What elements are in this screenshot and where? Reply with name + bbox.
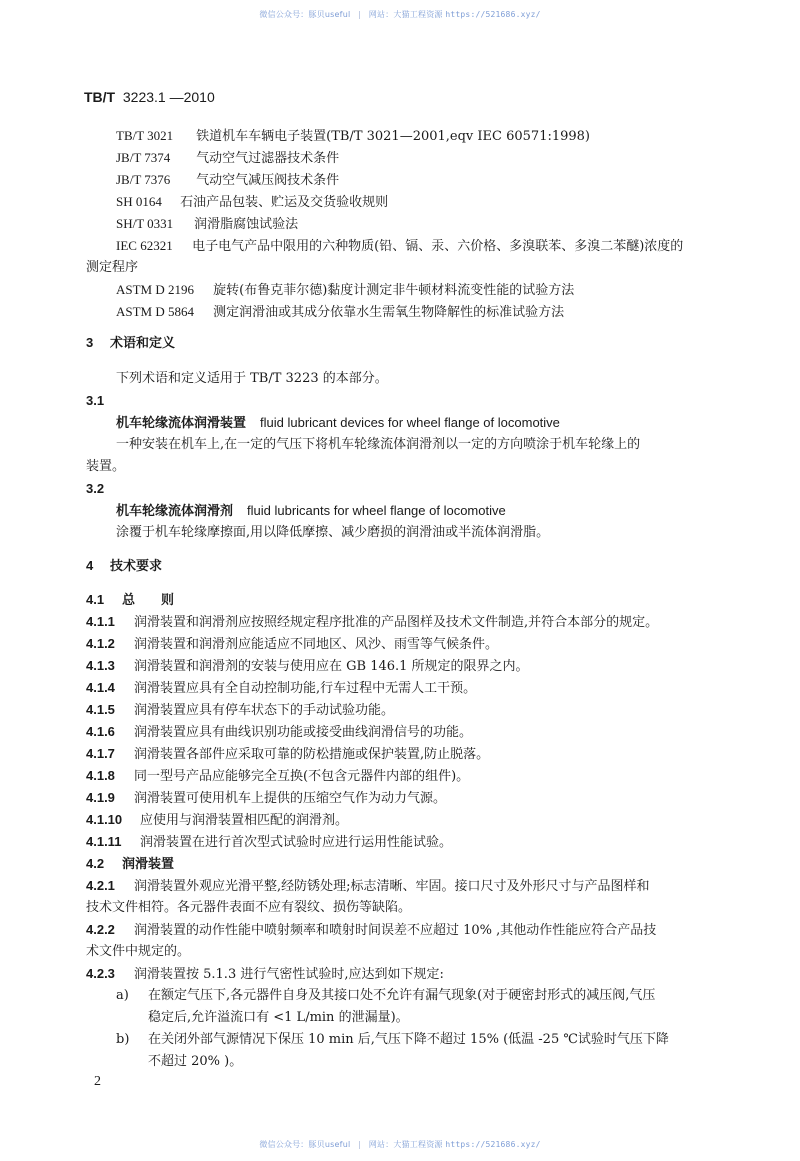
- list-item-label: a): [116, 986, 148, 1006]
- clause-text: 润滑装置和润滑剂应按照经规定程序批准的产品图样及技术文件制造,并符合本部分的规定…: [134, 615, 658, 630]
- watermark-bottom: 微信公众号：豚贝useful | 网站：大猫工程资源 https://52168…: [0, 1139, 800, 1150]
- clause-number: 4.1.1: [86, 612, 134, 632]
- reference-title: 气动空气减压阀技术条件: [196, 173, 339, 188]
- clause: 4.1.9润滑装置可使用机车上提供的压缩空气作为动力气源。: [86, 788, 446, 809]
- watermark-wechat: 微信公众号：豚贝useful: [259, 1140, 350, 1149]
- section-intro: 下列术语和定义适用于 TB/T 3223 的本部分。: [116, 369, 388, 389]
- clause-number: 4.1.9: [86, 788, 134, 808]
- reference-title: 石油产品包装、贮运及交货验收规则: [180, 195, 388, 210]
- standard-number: 3223.1 —2010: [123, 89, 215, 105]
- term-english: fluid lubricant devices for wheel flange…: [260, 415, 560, 430]
- clause-number: 4.1.2: [86, 634, 134, 654]
- reference-code: ASTM D 5864: [116, 302, 209, 322]
- term-entry: 机车轮缘流体润滑装置fluid lubricant devices for wh…: [116, 413, 560, 434]
- clause-number: 4.1.5: [86, 700, 134, 720]
- clause: 4.1.8同一型号产品应能够完全互换(不包含元器件内部的组件)。: [86, 766, 469, 787]
- subsection-number: 4.1: [86, 590, 122, 610]
- watermark-wechat: 微信公众号：豚贝useful: [259, 10, 350, 19]
- clause-text: 润滑装置的动作性能中喷射频率和喷射时间误差不应超过 10% ,其他动作性能应符合…: [134, 923, 656, 938]
- term-entry: 机车轮缘流体润滑剂fluid lubricants for wheel flan…: [116, 501, 506, 522]
- term-number: 3.2: [86, 479, 104, 499]
- list-item-continuation: 不超过 20% )。: [148, 1052, 242, 1072]
- clause-text: 润滑装置应具有全自动控制功能,行车过程中无需人工干预。: [134, 681, 476, 696]
- clause: 4.2.3润滑装置按 5.1.3 进行气密性试验时,应达到如下规定:: [86, 964, 444, 985]
- clause-text: 润滑装置应具有曲线识别功能或接受曲线润滑信号的功能。: [134, 725, 472, 740]
- term-number: 3.1: [86, 391, 104, 411]
- clause-text: 润滑装置和润滑剂应能适应不同地区、风沙、雨雪等气候条件。: [134, 637, 498, 652]
- clause-text: 润滑装置按 5.1.3 进行气密性试验时,应达到如下规定:: [134, 967, 444, 982]
- reference-continuation: 测定程序: [86, 258, 138, 278]
- reference-item: IEC 62321 电子电气产品中限用的六种物质(铅、镉、汞、六价格、多溴联苯、…: [116, 236, 683, 257]
- watermark-url: https://521686.xyz/: [445, 1140, 540, 1149]
- reference-title: 测定润滑油或其成分依靠水生需氧生物降解性的标准试验方法: [213, 305, 564, 320]
- clause-text: 润滑装置外观应光滑平整,经防锈处理;标志清晰、牢固。接口尺寸及外形尺寸与产品图样…: [134, 879, 650, 894]
- subsection-heading: 4.1总 则: [86, 590, 174, 610]
- watermark-site-label: 网站：大猫工程资源: [369, 10, 443, 19]
- subsection-title: 润滑装置: [122, 856, 174, 871]
- section-title: 技术要求: [110, 558, 162, 573]
- clause: 4.1.4润滑装置应具有全自动控制功能,行车过程中无需人工干预。: [86, 678, 476, 699]
- watermark-url: https://521686.xyz/: [445, 10, 540, 19]
- term-definition: 一种安装在机车上,在一定的气压下将机车轮缘流体润滑剂以一定的方向喷涂于机车轮缘上…: [116, 435, 640, 455]
- list-item: a)在额定气压下,各元器件自身及其接口处不允许有漏气现象(对于硬密封形式的减压阀…: [116, 986, 655, 1006]
- reference-item: ASTM D 2196 旋转(布鲁克菲尔德)黏度计测定非牛顿材料流变性能的试验方…: [116, 280, 574, 301]
- clause-text: 润滑装置在进行首次型式试验时应进行运用性能试验。: [140, 835, 452, 850]
- reference-item: JB/T 7374 气动空气过滤器技术条件: [116, 148, 339, 169]
- term-chinese: 机车轮缘流体润滑剂: [116, 503, 233, 518]
- clause-number: 4.1.11: [86, 832, 140, 852]
- reference-title: 气动空气过滤器技术条件: [196, 151, 339, 166]
- section-number: 4: [86, 556, 110, 576]
- clause-text: 润滑装置应具有停车状态下的手动试验功能。: [134, 703, 394, 718]
- page-number: 2: [94, 1074, 101, 1090]
- list-item: b)在关闭外部气源情况下保压 10 min 后,气压下降不超过 15% (低温 …: [116, 1030, 669, 1050]
- clause-text: 应使用与润滑装置相匹配的润滑剂。: [140, 813, 348, 828]
- standard-number-header: TB/T 3223.1 —2010: [84, 89, 215, 105]
- reference-code: JB/T 7374: [116, 148, 192, 168]
- watermark-top: 微信公众号：豚贝useful | 网站：大猫工程资源 https://52168…: [0, 9, 800, 20]
- reference-code: TB/T 3021: [116, 126, 192, 146]
- clause-continuation: 技术文件相符。各元器件表面不应有裂纹、损伤等缺陷。: [86, 898, 411, 918]
- clause: 4.2.2润滑装置的动作性能中喷射频率和喷射时间误差不应超过 10% ,其他动作…: [86, 920, 656, 941]
- clause: 4.1.10应使用与润滑装置相匹配的润滑剂。: [86, 810, 348, 831]
- clause: 4.1.1润滑装置和润滑剂应按照经规定程序批准的产品图样及技术文件制造,并符合本…: [86, 612, 658, 633]
- reference-item: SH/T 0331 润滑脂腐蚀试验法: [116, 214, 298, 235]
- clause-number: 4.1.6: [86, 722, 134, 742]
- list-item-text: 在关闭外部气源情况下保压 10 min 后,气压下降不超过 15% (低温 -2…: [148, 1032, 669, 1047]
- clause: 4.1.7润滑装置各部件应采取可靠的防松措施或保护装置,防止脱落。: [86, 744, 489, 765]
- clause-number: 4.1.3: [86, 656, 134, 676]
- reference-code: JB/T 7376: [116, 170, 192, 190]
- clause-text: 润滑装置可使用机车上提供的压缩空气作为动力气源。: [134, 791, 446, 806]
- clause: 4.1.3润滑装置和润滑剂的安装与使用应在 GB 146.1 所规定的限界之内。: [86, 656, 529, 677]
- reference-item: JB/T 7376 气动空气减压阀技术条件: [116, 170, 339, 191]
- list-item-label: b): [116, 1030, 148, 1050]
- clause-number: 4.2.3: [86, 964, 134, 984]
- clause-number: 4.1.4: [86, 678, 134, 698]
- term-chinese: 机车轮缘流体润滑装置: [116, 415, 246, 430]
- section-heading: 3术语和定义: [86, 333, 175, 353]
- clause: 4.2.1润滑装置外观应光滑平整,经防锈处理;标志清晰、牢固。接口尺寸及外形尺寸…: [86, 876, 650, 897]
- clause-text: 润滑装置和润滑剂的安装与使用应在 GB 146.1 所规定的限界之内。: [134, 659, 529, 674]
- clause: 4.1.5润滑装置应具有停车状态下的手动试验功能。: [86, 700, 394, 721]
- list-item-continuation: 稳定后,允许溢流口有 <1 L/min 的泄漏量)。: [148, 1008, 409, 1028]
- reference-code: ASTM D 2196: [116, 280, 209, 300]
- clause-number: 4.2.1: [86, 876, 134, 896]
- clause-number: 4.1.7: [86, 744, 134, 764]
- reference-title: 铁道机车车辆电子装置(TB/T 3021—2001,eqv IEC 60571:…: [196, 129, 590, 144]
- list-item-text: 在额定气压下,各元器件自身及其接口处不允许有漏气现象(对于硬密封形式的减压阀,气…: [148, 988, 655, 1003]
- reference-code: SH 0164: [116, 192, 176, 212]
- section-title: 术语和定义: [110, 335, 175, 350]
- clause: 4.1.6润滑装置应具有曲线识别功能或接受曲线润滑信号的功能。: [86, 722, 472, 743]
- clause: 4.1.2润滑装置和润滑剂应能适应不同地区、风沙、雨雪等气候条件。: [86, 634, 498, 655]
- reference-code: SH/T 0331: [116, 214, 190, 234]
- watermark-separator: |: [358, 1140, 361, 1149]
- watermark-separator: |: [358, 10, 361, 19]
- reference-title: 润滑脂腐蚀试验法: [194, 217, 298, 232]
- reference-item: TB/T 3021 铁道机车车辆电子装置(TB/T 3021—2001,eqv …: [116, 126, 590, 147]
- term-english: fluid lubricants for wheel flange of loc…: [247, 503, 506, 518]
- reference-item: ASTM D 5864 测定润滑油或其成分依靠水生需氧生物降解性的标准试验方法: [116, 302, 564, 323]
- clause: 4.1.11润滑装置在进行首次型式试验时应进行运用性能试验。: [86, 832, 452, 853]
- reference-title: 电子电气产品中限用的六种物质(铅、镉、汞、六价格、多溴联苯、多溴二苯醚)浓度的: [192, 239, 683, 254]
- section-number: 3: [86, 333, 110, 353]
- clause-text: 同一型号产品应能够完全互换(不包含元器件内部的组件)。: [134, 769, 469, 784]
- reference-code: IEC 62321: [116, 236, 188, 256]
- term-definition-continued: 装置。: [86, 457, 125, 477]
- clause-continuation: 术文件中规定的。: [86, 942, 190, 962]
- clause-number: 4.1.8: [86, 766, 134, 786]
- clause-text: 润滑装置各部件应采取可靠的防松措施或保护装置,防止脱落。: [134, 747, 489, 762]
- subsection-number: 4.2: [86, 854, 122, 874]
- clause-number: 4.1.10: [86, 810, 140, 830]
- standard-prefix: TB/T: [84, 89, 115, 105]
- subsection-heading: 4.2润滑装置: [86, 854, 174, 874]
- reference-title: 旋转(布鲁克菲尔德)黏度计测定非牛顿材料流变性能的试验方法: [213, 283, 574, 298]
- subsection-title: 总 则: [122, 592, 174, 607]
- watermark-site-label: 网站：大猫工程资源: [369, 1140, 443, 1149]
- term-definition: 涂覆于机车轮缘摩擦面,用以降低摩擦、减少磨损的润滑油或半流体润滑脂。: [116, 523, 549, 543]
- clause-number: 4.2.2: [86, 920, 134, 940]
- reference-item: SH 0164 石油产品包装、贮运及交货验收规则: [116, 192, 388, 213]
- section-heading: 4技术要求: [86, 556, 162, 576]
